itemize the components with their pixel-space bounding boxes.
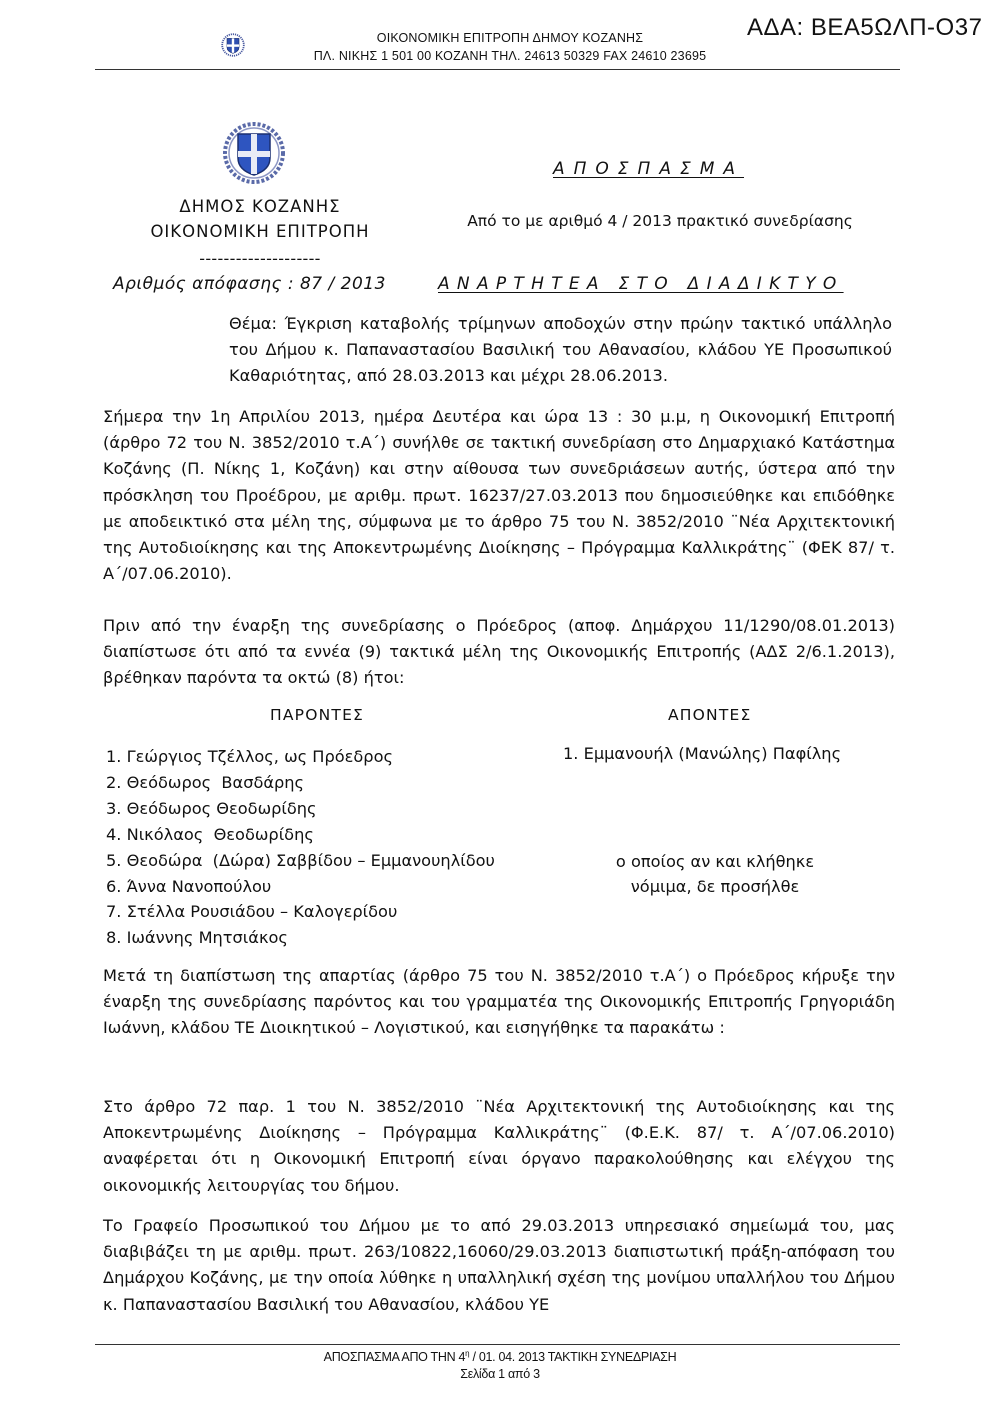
list-item: 6. Άννα Νανοπούλου [106, 874, 495, 900]
header-address: ΠΛ. ΝΙΚΗΣ 1 501 00 ΚΟΖΑΝΗ ΤΗΛ. 24613 503… [280, 49, 740, 63]
present-heading: ΠΑΡΟΝΤΕΣ [270, 706, 364, 724]
post-online-notice: ΑΝΑΡΤΗΤΕΑ ΣΤΟ ΔΙΑΔΙΚΤΥΟ [438, 274, 844, 294]
hr-office-paragraph: Το Γραφείο Προσωπικού του Δήμου με το απ… [103, 1213, 895, 1318]
subject: Θέμα: Έγκριση καταβολής τρίμηνων αποδοχώ… [229, 311, 892, 390]
municipality-name: ΔΗΜΟΣ ΚΟΖΑΝΗΣ [110, 197, 410, 216]
opening-paragraph: Μετά τη διαπίστωση της απαρτίας (άρθρο 7… [103, 963, 895, 1042]
list-item: 7. Στέλλα Ρουσιάδου – Καλογερίδου [106, 899, 495, 925]
list-item: 8. Ιωάννης Μητσιάκος [106, 925, 495, 951]
footer-meeting-ref: ΑΠΟΣΠΑΣΜΑ ΑΠΟ ΤΗΝ 4η / 01. 04. 2013 ΤΑΚΤ… [200, 1349, 800, 1364]
committee-name: ΟΙΚΟΝΟΜΙΚΗ ΕΠΙΤΡΟΠΗ [110, 222, 410, 241]
minutes-reference: Από το με αριθμό 4 / 2013 πρακτικό συνεδ… [445, 212, 875, 230]
list-item: 5. Θεοδώρα (Δώρα) Σαββίδου – Εμμανουηλίδ… [106, 848, 495, 874]
page-number: Σελίδα 1 από 3 [200, 1367, 800, 1381]
ada-code: ΑΔΑ: ΒΕΑ5ΩΛΠ-Ο37 [747, 14, 982, 42]
list-item: 1. Γεώργιος Τζέλλος, ως Πρόεδρος [106, 744, 495, 770]
list-item: 2. Θεόδωρος Βασδάρης [106, 770, 495, 796]
header-divider [95, 69, 900, 70]
document-title: ΑΠΟΣΠΑΣΜΑ [553, 159, 744, 179]
list-item: 4. Νικόλαος Θεοδωρίδης [106, 822, 495, 848]
absent-note-line: νόμιμα, δε προσήλθε [560, 874, 870, 899]
header-organization: ΟΙΚΟΝΟΜΙΚΗ ΕΠΙΤΡΟΠΗ ΔΗΜΟΥ ΚΟΖΑΝΗΣ [280, 31, 740, 45]
absent-note-line: ο οποίος αν και κλήθηκε [560, 849, 870, 874]
coat-of-arms-icon [221, 33, 245, 57]
absent-member: 1. Εμμανουήλ (Μανώλης) Παφίλης [563, 744, 841, 763]
coat-of-arms-icon [221, 120, 287, 186]
present-members-list: 1. Γεώργιος Τζέλλος, ως Πρόεδρος 2. Θεόδ… [106, 744, 495, 951]
meeting-paragraph: Σήμερα την 1η Απριλίου 2013, ημέρα Δευτέ… [103, 404, 895, 587]
list-item: 3. Θεόδωρος Θεοδωρίδης [106, 796, 495, 822]
law-article-paragraph: Στο άρθρο 72 παρ. 1 του Ν. 3852/2010 ¨Νέ… [103, 1094, 895, 1199]
quorum-paragraph: Πριν από την έναρξη της συνεδρίασης ο Πρ… [103, 613, 895, 692]
footer-divider [95, 1344, 900, 1345]
absent-note: ο οποίος αν και κλήθηκε νόμιμα, δε προσή… [560, 849, 870, 899]
footer-text: ΑΠΟΣΠΑΣΜΑ ΑΠΟ ΤΗΝ 4 [324, 1350, 466, 1364]
absent-heading: ΑΠΟΝΤΕΣ [668, 706, 752, 724]
footer-text: / 01. 04. 2013 ΤΑΚΤΙΚΗ ΣΥΝΕΔΡΙΑΣΗ [469, 1350, 676, 1364]
separator-dashes: -------------------- [140, 249, 380, 268]
decision-number: Αριθμός απόφασης : 87 / 2013 [113, 274, 386, 294]
